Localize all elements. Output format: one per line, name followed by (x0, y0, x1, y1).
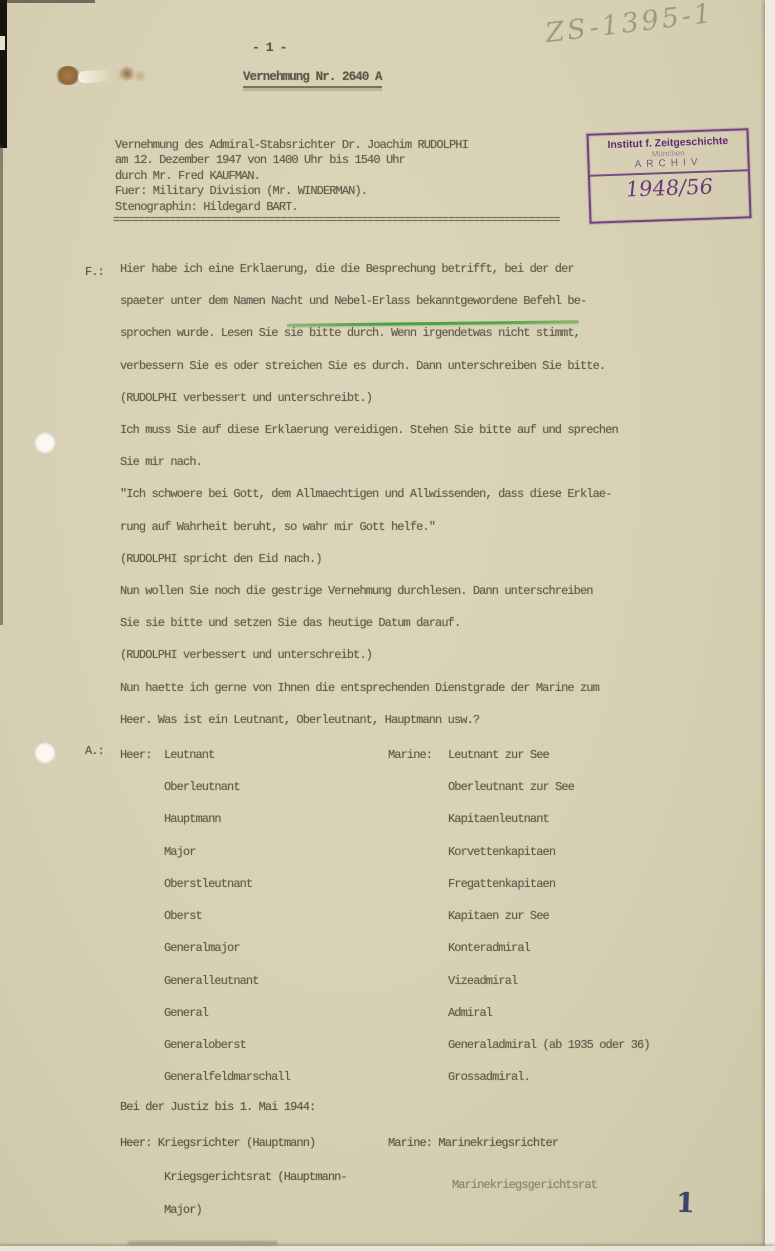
navy-rank: Grossadmiral. (448, 1070, 530, 1084)
rank-row: Hauptmann Kapitaenleutnant (0, 812, 775, 828)
scan-edge-bottom (0, 1246, 775, 1251)
typed-line: verbessern Sie es oder streichen Sie es … (120, 350, 620, 382)
army-rank: Generalleutnant (164, 974, 259, 988)
document-title: Vernehmung Nr. 2640 A (243, 70, 382, 88)
scan-edge-notch (0, 36, 5, 50)
justice-section-heading: Bei der Justiz bis 1. Mai 1944: (120, 1100, 315, 1114)
scan-edge-right (765, 0, 775, 1251)
army-rank: Oberleutnant (164, 780, 240, 794)
army-rank: Leutnant (164, 748, 214, 762)
rank-row: General Admiral (0, 1006, 775, 1022)
navy-rank: Generaladmiral (ab 1935 oder 36) (448, 1038, 650, 1052)
stamp-accession-number: 1948/56 (589, 171, 750, 203)
rank-row: Generalleutnant Vizeadmiral (0, 974, 775, 990)
army-column-header: Heer: (120, 748, 152, 762)
typed-line: Nun haette ich gerne von Ihnen die entsp… (120, 672, 620, 704)
typed-line: Heer. Was ist ein Leutnant, Oberleutnant… (120, 704, 620, 736)
army-rank: Oberst (164, 909, 202, 923)
page-number-stamp: 1 (675, 1188, 695, 1220)
navy-rank: Fregattenkapitaen (448, 877, 555, 891)
document-scan: ZS-1395-1 - 1 - Vernehmung Nr. 2640 A Ve… (0, 0, 775, 1251)
typed-line: "Ich schwoere bei Gott, dem Allmaechtige… (120, 478, 620, 510)
question-label: F.: (85, 265, 104, 279)
rank-row: Major Korvettenkapitaen (0, 845, 775, 861)
typed-text: bekanntgewordene Befehl be- (410, 294, 586, 308)
header-line: am 12. Dezember 1947 von 1400 Uhr bis 15… (115, 153, 468, 168)
typed-line: (RUDOLPHI spricht den Eid nach.) (120, 543, 620, 575)
header-line: Fuer: Military Division (Mr. WINDERMAN). (115, 184, 468, 199)
header-line: durch Mr. Fred KAUFMAN. (115, 169, 468, 184)
punch-hole (34, 432, 56, 454)
justice-navy-rank: Marinekriegsgerichtsrat (452, 1178, 597, 1192)
typed-line: Ich muss Sie auf diese Erklaerung vereid… (120, 414, 620, 446)
paper-stain (78, 68, 123, 83)
navy-rank: Korvettenkapitaen (448, 845, 555, 859)
justice-army-rank: Heer: Kriegsrichter (Hauptmann) (120, 1136, 315, 1150)
nacht-und-nebel-phrase: Nacht und Nebel-Erlass (271, 294, 410, 308)
page-marker: - 1 - (252, 40, 287, 55)
typed-line-with-underline: spaeter unter dem Namen Nacht und Nebel-… (120, 285, 620, 317)
typed-line: (RUDOLPHI verbessert und unterschreibt.) (120, 639, 620, 671)
army-rank: Generalfeldmarschall (164, 1070, 290, 1084)
rank-row: Generalmajor Konteradmiral (0, 941, 775, 957)
typed-line: (RUDOLPHI verbessert und unterschreibt.) (120, 382, 620, 414)
army-rank: Generalmajor (164, 941, 240, 955)
justice-army-rank: Kriegsgerichtsrat (Hauptmann- (164, 1170, 347, 1184)
paper-stain (133, 70, 147, 82)
rank-row: Generaloberst Generaladmiral (ab 1935 od… (0, 1038, 775, 1054)
navy-rank: Leutnant zur See (448, 748, 549, 762)
rank-row: Generalfeldmarschall Grossadmiral. (0, 1070, 775, 1086)
typed-text: spaeter unter dem Namen (120, 294, 271, 308)
army-rank: Major (164, 845, 196, 859)
army-rank: Generaloberst (164, 1038, 246, 1052)
pencil-archive-note: ZS-1395-1 (544, 0, 716, 49)
typed-line: Hier habe ich eine Erklaerung, die die B… (120, 253, 620, 285)
justice-navy-rank: Marine: Marinekriegsrichter (388, 1136, 558, 1150)
rank-row: Oberst Kapitaen zur See (0, 909, 775, 925)
interrogation-header: Vernehmung des Admiral-Stabsrichter Dr. … (115, 138, 468, 215)
army-rank: General (164, 1006, 208, 1020)
typed-line: Sie mir nach. (120, 446, 620, 478)
header-divider-rule: ========================================… (113, 213, 559, 227)
scan-edge-left (0, 0, 7, 148)
scan-edge-left-lower (0, 145, 3, 625)
navy-rank: Vizeadmiral (448, 974, 517, 988)
typed-line: Sie sie bitte und setzen Sie das heutige… (120, 607, 620, 639)
scan-edge-top (0, 0, 95, 3)
typed-line: rung auf Wahrheit beruht, so wahr mir Go… (120, 511, 620, 543)
navy-rank: Kapitaen zur See (448, 909, 549, 923)
navy-rank: Konteradmiral (448, 941, 530, 955)
bottom-smudge (128, 1241, 278, 1245)
rank-row: Heer: Leutnant Marine: Leutnant zur See (0, 748, 775, 764)
navy-column-header: Marine: (388, 748, 432, 762)
header-line: Vernehmung des Admiral-Stabsrichter Dr. … (115, 138, 468, 153)
navy-rank: Admiral (448, 1006, 492, 1020)
army-rank: Hauptmann (164, 812, 221, 826)
archive-stamp: Institut f. Zeitgeschichte München ARCHI… (586, 128, 751, 224)
justice-army-rank: Major) (164, 1203, 202, 1217)
army-rank: Oberstleutnant (164, 877, 252, 891)
rank-row: Oberleutnant Oberleutnant zur See (0, 780, 775, 796)
navy-rank: Kapitaenleutnant (448, 812, 549, 826)
rank-row: Oberstleutnant Fregattenkapitaen (0, 877, 775, 893)
navy-rank: Oberleutnant zur See (448, 780, 574, 794)
typed-line: Nun wollen Sie noch die gestrige Vernehm… (120, 575, 620, 607)
